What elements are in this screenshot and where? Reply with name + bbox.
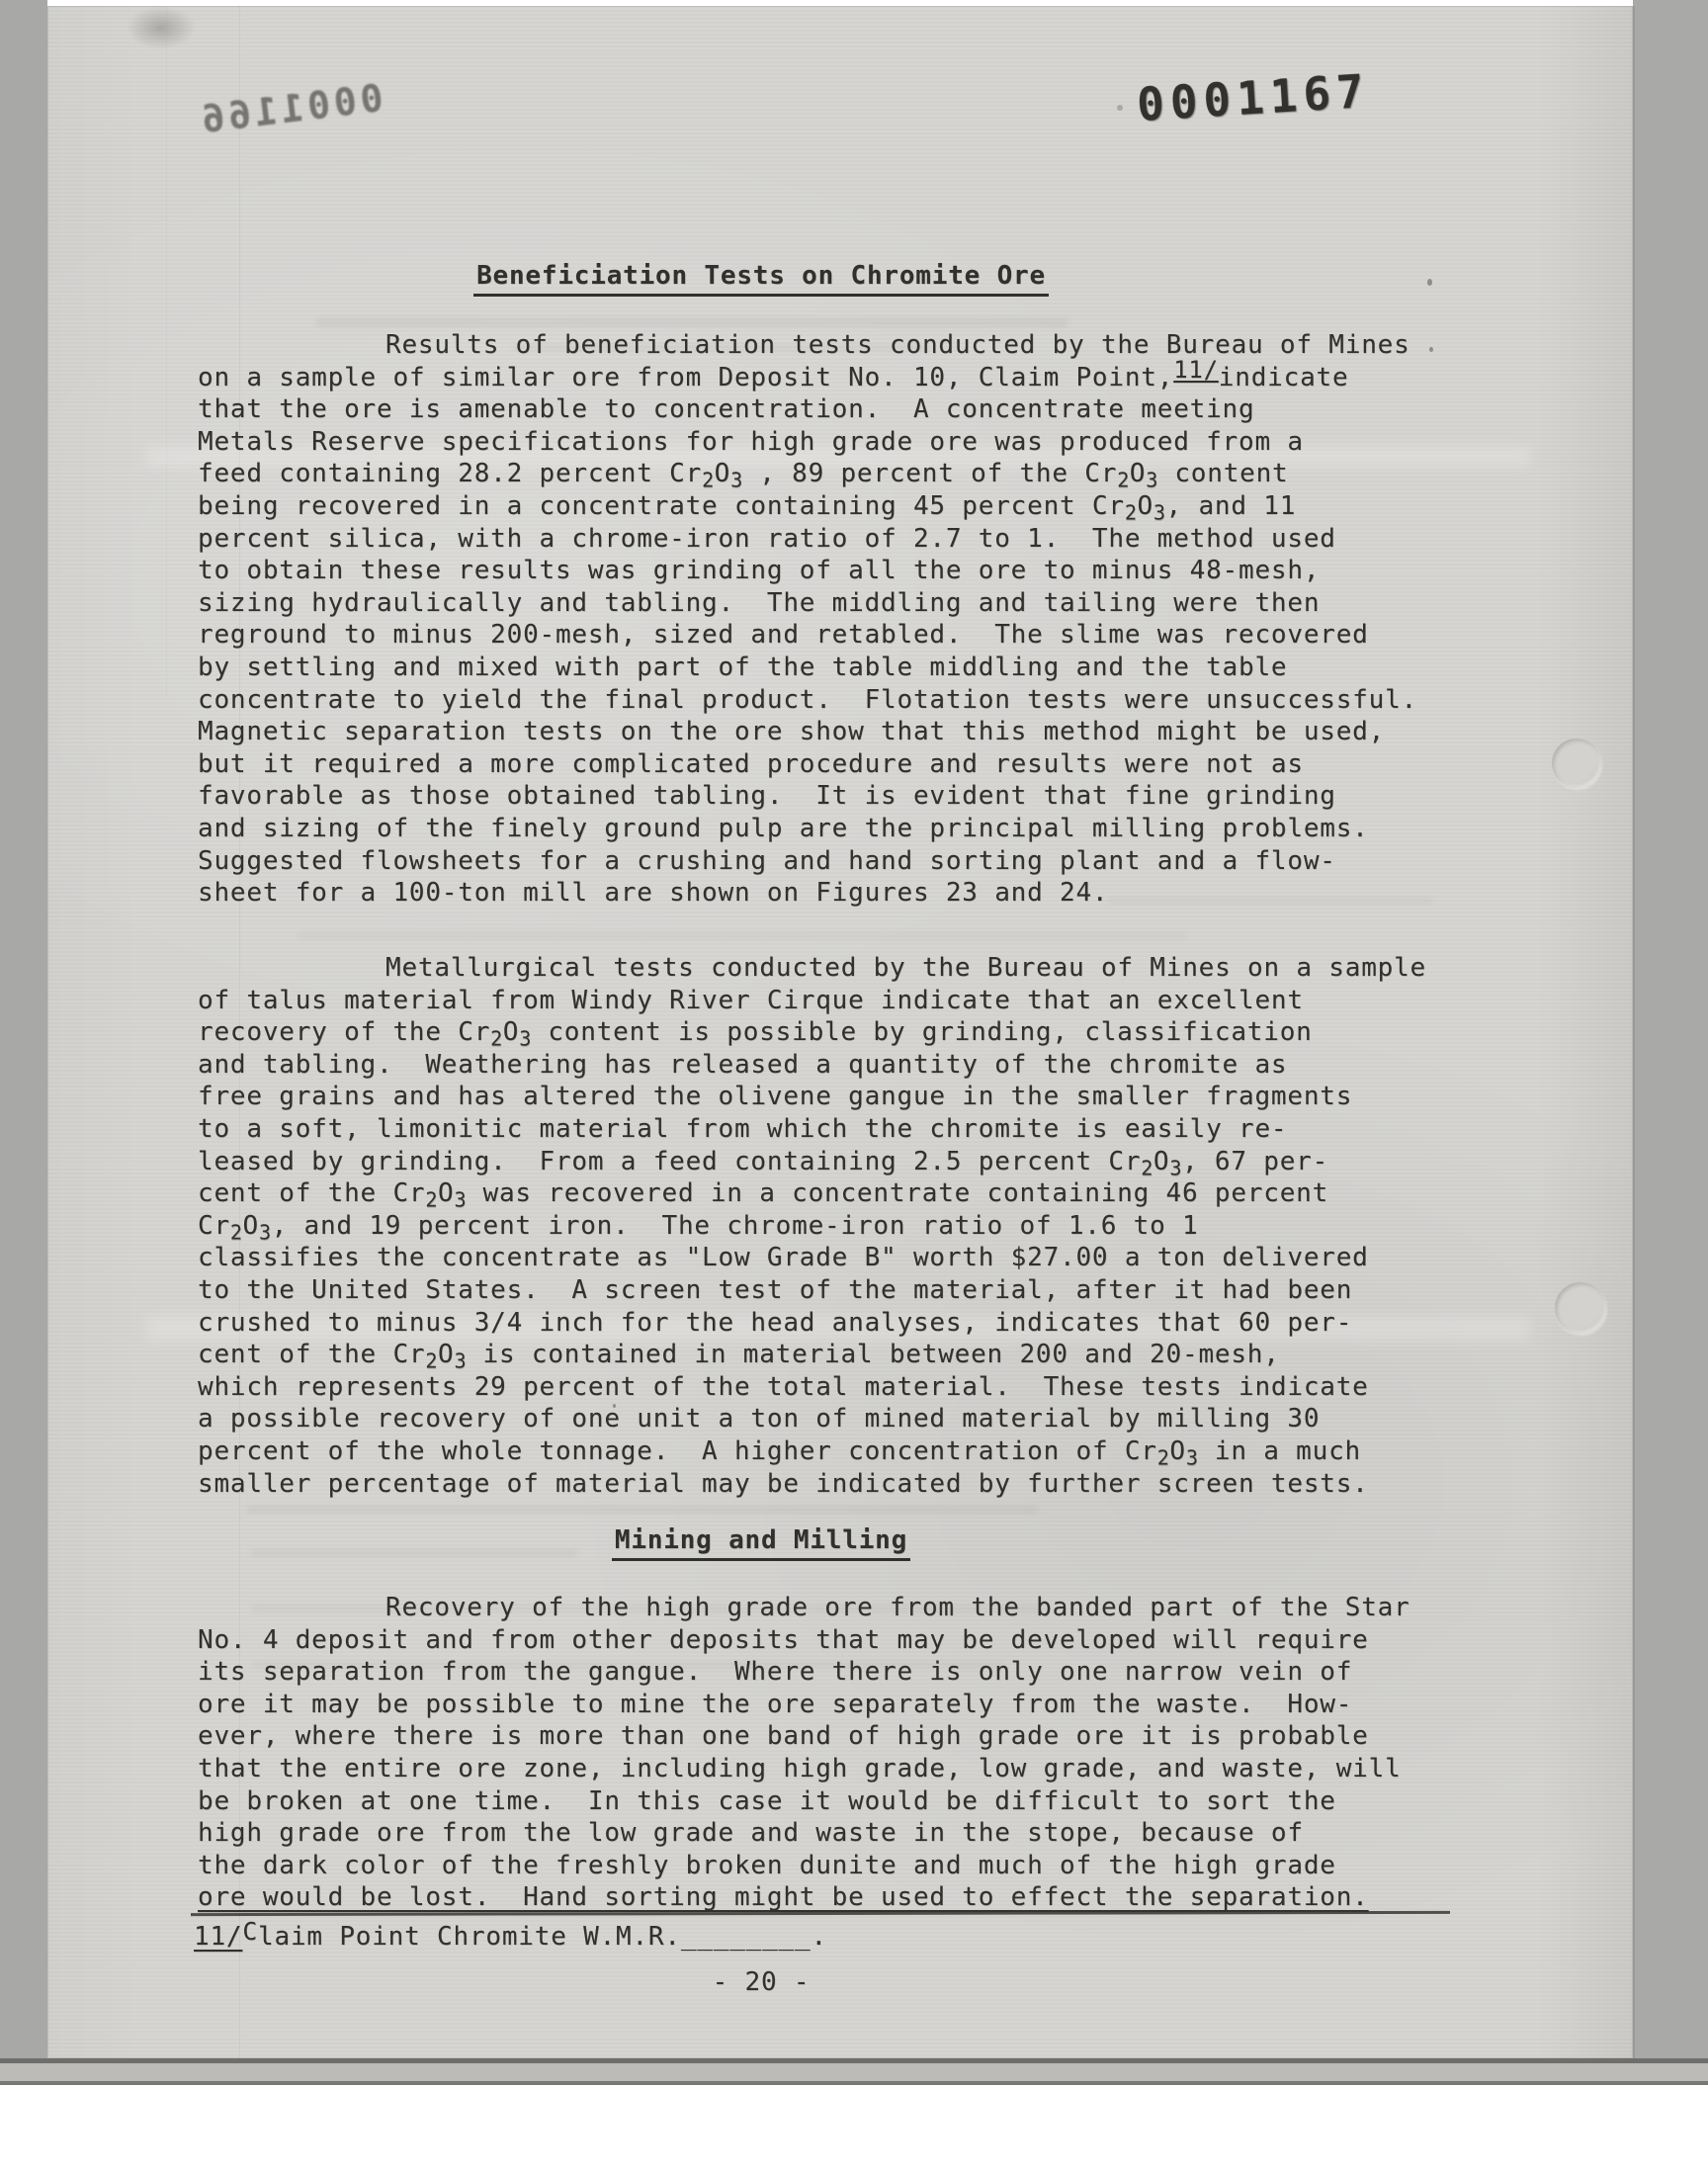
text-line: free grains and has altered the olivene …: [198, 1081, 1463, 1113]
scanner-background-right: [1633, 0, 1708, 2084]
text-line: being recovered in a concentrate contain…: [198, 490, 1463, 523]
text-line: sheet for a 100-ton mill are shown on Fi…: [198, 877, 1463, 910]
text-line: Metallurgical tests conducted by the Bur…: [198, 952, 1463, 985]
paragraph-metallurgical: Metallurgical tests conducted by the Bur…: [198, 952, 1463, 1500]
text-line: Magnetic separation tests on the ore sho…: [198, 716, 1463, 748]
text-line: to the United States. A screen test of t…: [198, 1274, 1463, 1307]
scanned-document: 0001166 0001167 Beneficiation Tests on C…: [0, 0, 1708, 2175]
text-line: its separation from the gangue. Where th…: [198, 1656, 1463, 1689]
text-line: Recovery of the high grade ore from the …: [198, 1592, 1463, 1624]
text-line: cent of the Cr2O3 is contained in materi…: [198, 1339, 1463, 1371]
text-line: smaller percentage of material may be in…: [198, 1468, 1463, 1501]
text-line: crushed to minus 3/4 inch for the head a…: [198, 1307, 1463, 1340]
text-line: and sizing of the finely ground pulp are…: [198, 813, 1463, 845]
text-line: ore would be lost. Hand sorting might be…: [198, 1881, 1463, 1914]
text-line: and tabling. Weathering has released a q…: [198, 1049, 1463, 1082]
text-line: concentrate to yield the final product. …: [198, 684, 1463, 717]
page-title-text: Beneficiation Tests on Chromite Ore: [473, 261, 1049, 297]
text-line: classifies the concentrate as "Low Grade…: [198, 1242, 1463, 1274]
text-line: Results of beneficiation tests conducted…: [198, 329, 1463, 362]
text-line: feed containing 28.2 percent Cr2O3 , 89 …: [198, 458, 1463, 490]
punch-hole: [1552, 739, 1601, 788]
section-heading-text: Mining and Milling: [612, 1525, 910, 1561]
text-line: to obtain these results was grinding of …: [198, 555, 1463, 587]
ink-speck: [1117, 105, 1123, 111]
bleed-through-smudge: [297, 931, 1186, 939]
text-line: a possible recovery of one unit a ton of…: [198, 1403, 1463, 1435]
text-line: leased by grinding. From a feed containi…: [198, 1146, 1463, 1178]
bleed-through-smudge: [247, 1505, 1038, 1514]
text-line: but it required a more complicated proce…: [198, 748, 1463, 781]
text-line: reground to minus 200-mesh, sized and re…: [198, 619, 1463, 652]
footnote: 11/Claim Point Chromite W.M.R.________.: [194, 1922, 827, 1952]
text-line: Suggested flowsheets for a crushing and …: [198, 845, 1463, 878]
text-line: Cr2O3, and 19 percent iron. The chrome-i…: [198, 1210, 1463, 1243]
page-number: - 20 -: [198, 1967, 1324, 1997]
paragraph-beneficiation-1: Results of beneficiation tests conducted…: [198, 329, 1463, 910]
text-line: percent silica, with a chrome-iron ratio…: [198, 523, 1463, 556]
text-line: sizing hydraulically and tabling. The mi…: [198, 587, 1463, 620]
scanner-background-left: [0, 0, 47, 2084]
text-line: ever, where there is more than one band …: [198, 1720, 1463, 1753]
scanner-bed-line: [0, 2081, 1708, 2085]
text-line: No. 4 deposit and from other deposits th…: [198, 1624, 1463, 1657]
vertical-crease-faint: [166, 6, 167, 698]
ink-speck: [1427, 279, 1432, 286]
bleed-through-smudge: [316, 317, 1067, 327]
page-title: Beneficiation Tests on Chromite Ore: [198, 261, 1324, 297]
text-line: high grade ore from the low grade and wa…: [198, 1817, 1463, 1850]
text-line: the dark color of the freshly broken dun…: [198, 1850, 1463, 1882]
text-line: ore it may be possible to mine the ore s…: [198, 1689, 1463, 1721]
text-line: cent of the Cr2O3 was recovered in a con…: [198, 1177, 1463, 1210]
text-line: percent of the whole tonnage. A higher c…: [198, 1435, 1463, 1468]
scanner-bed-band: [0, 2063, 1708, 2081]
text-line: favorable as those obtained tabling. It …: [198, 780, 1463, 813]
text-line: on a sample of similar ore from Deposit …: [198, 362, 1463, 394]
paragraph-recovery: Recovery of the high grade ore from the …: [198, 1592, 1463, 1914]
paper-stain: [127, 6, 196, 49]
text-line: recovery of the Cr2O3 content is possibl…: [198, 1016, 1463, 1049]
text-line: Metals Reserve specifications for high g…: [198, 426, 1463, 459]
text-line: that the entire ore zone, including high…: [198, 1753, 1463, 1785]
text-line: to a soft, limonitic material from which…: [198, 1113, 1463, 1146]
text-line: that the ore is amenable to concentratio…: [198, 393, 1463, 426]
text-line: which represents 29 percent of the total…: [198, 1371, 1463, 1404]
section-heading-mining-and-milling: Mining and Milling: [198, 1525, 1324, 1561]
text-line: be broken at one time. In this case it w…: [198, 1785, 1463, 1818]
punch-hole: [1555, 1282, 1606, 1334]
text-line: by settling and mixed with part of the t…: [198, 652, 1463, 684]
text-line: of talus material from Windy River Cirqu…: [198, 985, 1463, 1017]
